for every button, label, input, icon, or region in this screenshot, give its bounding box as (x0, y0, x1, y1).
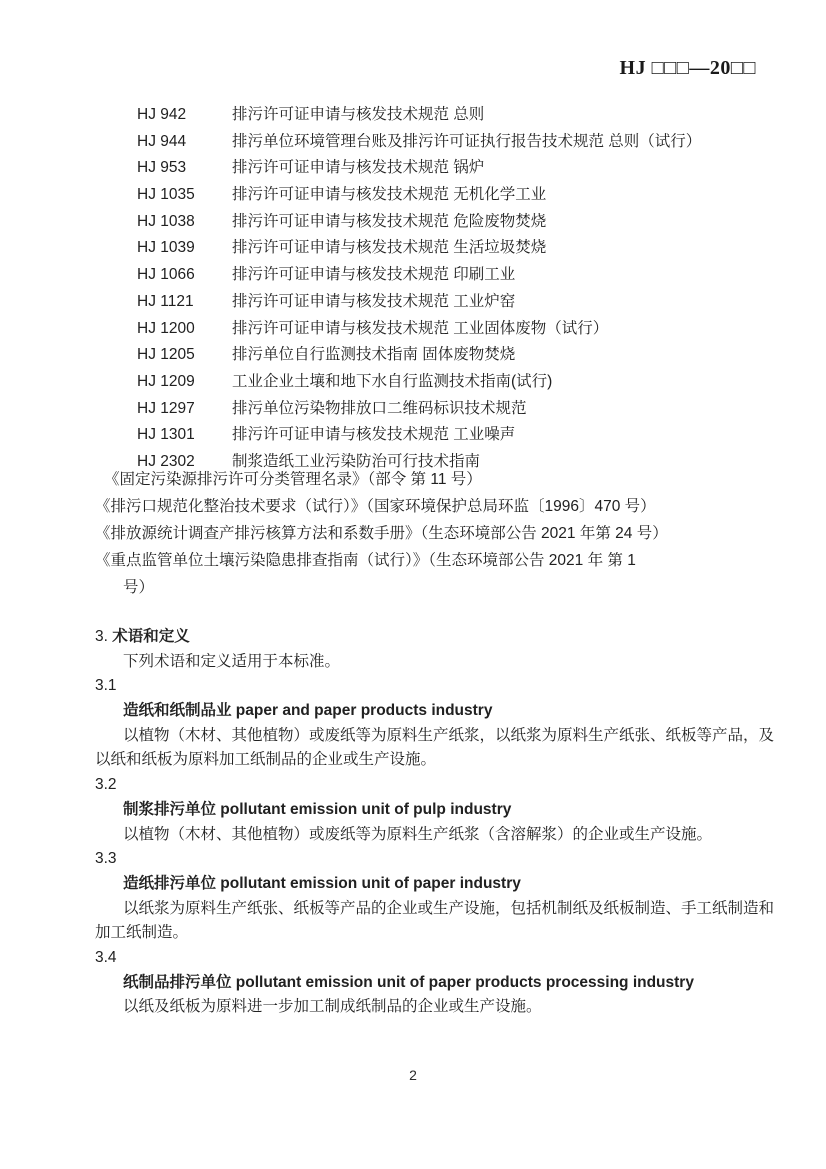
page-number: 2 (0, 1067, 826, 1083)
term-definition: 以植物（木材、其他植物）或废纸等为原料生产纸浆，以纸浆为原料生产纸张、纸板等产品… (95, 724, 760, 773)
standard-code: HJ 1035 (137, 182, 232, 209)
standard-title: 排污许可证申请与核发技术规范 总则 (232, 102, 757, 129)
doc-code: HJ □□□—20□□ (620, 57, 756, 80)
standard-code: HJ 1209 (137, 369, 232, 396)
standard-row: HJ 1039 排污许可证申请与核发技术规范 生活垃圾焚烧 (137, 235, 757, 262)
term-title: 造纸和纸制品业 paper and paper products industr… (95, 699, 760, 724)
references-list: 《固定污染源排污许可分类管理名录》（部令 第 11 号） 《排污口规范化整治技术… (95, 466, 760, 601)
standard-title: 排污许可证申请与核发技术规范 危险废物焚烧 (232, 209, 757, 236)
standard-title: 排污单位自行监测技术指南 固体废物焚烧 (232, 342, 757, 369)
standard-code: HJ 1200 (137, 316, 232, 343)
definition-line: 加工纸制造。 (95, 921, 760, 946)
term-number: 3.4 (95, 946, 760, 971)
standard-code: HJ 944 (137, 129, 232, 156)
standard-title: 排污许可证申请与核发技术规范 锅炉 (232, 155, 757, 182)
standard-row: HJ 1066 排污许可证申请与核发技术规范 印刷工业 (137, 262, 757, 289)
standard-row: HJ 1200 排污许可证申请与核发技术规范 工业固体废物（试行） (137, 316, 757, 343)
term-block: 3.4 纸制品排污单位 pollutant emission unit of p… (95, 946, 760, 1020)
standard-row: HJ 942 排污许可证申请与核发技术规范 总则 (137, 102, 757, 129)
term-title: 制浆排污单位 pollutant emission unit of pulp i… (95, 798, 760, 823)
standard-row: HJ 1121 排污许可证申请与核发技术规范 工业炉窑 (137, 289, 757, 316)
document-page: HJ □□□—20□□ HJ 942 排污许可证申请与核发技术规范 总则 HJ … (0, 0, 826, 1169)
reference-line: 《排放源统计调查产排污核算方法和系数手册》（生态环境部公告 2021 年第 24… (95, 520, 760, 547)
term-definition: 以纸浆为原料生产纸张、纸板等产品的企业或生产设施，包括机制纸及纸板制造、手工纸制… (95, 897, 760, 946)
section-number: 3. (95, 628, 108, 645)
standard-title: 排污单位污染物排放口二维码标识技术规范 (232, 396, 757, 423)
definition-line: 以纸及纸板为原料进一步加工制成纸制品的企业或生产设施。 (95, 995, 760, 1020)
standard-row: HJ 1209 工业企业土壤和地下水自行监测技术指南(试行) (137, 369, 757, 396)
definition-line: 以纸浆为原料生产纸张、纸板等产品的企业或生产设施，包括机制纸及纸板制造、手工纸制… (95, 897, 760, 922)
definition-line: 以植物（木材、其他植物）或废纸等为原料生产纸浆（含溶解浆）的企业或生产设施。 (95, 823, 760, 848)
standard-row: HJ 1297 排污单位污染物排放口二维码标识技术规范 (137, 396, 757, 423)
standard-title: 工业企业土壤和地下水自行监测技术指南(试行) (232, 369, 757, 396)
term-block: 3.1 造纸和纸制品业 paper and paper products ind… (95, 674, 760, 773)
standard-code: HJ 1301 (137, 422, 232, 449)
term-block: 3.3 造纸排污单位 pollutant emission unit of pa… (95, 847, 760, 946)
term-definition: 以纸及纸板为原料进一步加工制成纸制品的企业或生产设施。 (95, 995, 760, 1020)
term-number: 3.3 (95, 847, 760, 872)
reference-line: 号） (95, 574, 760, 601)
standard-row: HJ 1205 排污单位自行监测技术指南 固体废物焚烧 (137, 342, 757, 369)
standard-title: 排污许可证申请与核发技术规范 印刷工业 (232, 262, 757, 289)
standard-title: 排污许可证申请与核发技术规范 生活垃圾焚烧 (232, 235, 757, 262)
term-number: 3.1 (95, 674, 760, 699)
standard-title: 排污许可证申请与核发技术规范 工业固体废物（试行） (232, 316, 757, 343)
term-block: 3.2 制浆排污单位 pollutant emission unit of pu… (95, 773, 760, 847)
term-title: 造纸排污单位 pollutant emission unit of paper … (95, 872, 760, 897)
term-definition: 以植物（木材、其他植物）或废纸等为原料生产纸浆（含溶解浆）的企业或生产设施。 (95, 823, 760, 848)
standard-title: 排污许可证申请与核发技术规范 工业炉窑 (232, 289, 757, 316)
reference-line: 《固定污染源排污许可分类管理名录》（部令 第 11 号） (95, 466, 760, 493)
standard-title: 排污单位环境管理台账及排污许可证执行报告技术规范 总则（试行） (232, 129, 757, 156)
section-title: 术语和定义 (112, 628, 190, 645)
section-heading: 3. 术语和定义 (95, 625, 760, 650)
standard-title: 排污许可证申请与核发技术规范 工业噪声 (232, 422, 757, 449)
standard-row: HJ 1035 排污许可证申请与核发技术规范 无机化学工业 (137, 182, 757, 209)
standard-code: HJ 1297 (137, 396, 232, 423)
definition-line: 以植物（木材、其他植物）或废纸等为原料生产纸浆，以纸浆为原料生产纸张、纸板等产品… (95, 724, 760, 749)
terms-list: 3.1 造纸和纸制品业 paper and paper products ind… (95, 674, 760, 1020)
standards-list: HJ 942 排污许可证申请与核发技术规范 总则 HJ 944 排污单位环境管理… (137, 102, 757, 476)
standard-code: HJ 1039 (137, 235, 232, 262)
standard-row: HJ 944 排污单位环境管理台账及排污许可证执行报告技术规范 总则（试行） (137, 129, 757, 156)
definition-line: 以纸和纸板为原料加工纸制品的企业或生产设施。 (95, 748, 760, 773)
standard-code: HJ 1038 (137, 209, 232, 236)
standard-row: HJ 953 排污许可证申请与核发技术规范 锅炉 (137, 155, 757, 182)
standard-code: HJ 1205 (137, 342, 232, 369)
standard-code: HJ 953 (137, 155, 232, 182)
term-title: 纸制品排污单位 pollutant emission unit of paper… (95, 971, 760, 996)
standard-row: HJ 1301 排污许可证申请与核发技术规范 工业噪声 (137, 422, 757, 449)
reference-line: 《排污口规范化整治技术要求（试行）》（国家环境保护总局环监〔1996〕470 号… (95, 493, 760, 520)
terms-section: 3. 术语和定义 下列术语和定义适用于本标准。 3.1 造纸和纸制品业 pape… (95, 625, 760, 1020)
reference-line: 《重点监管单位土壤污染隐患排查指南（试行）》（生态环境部公告 2021 年 第 … (95, 547, 760, 574)
standard-code: HJ 1121 (137, 289, 232, 316)
term-number: 3.2 (95, 773, 760, 798)
standard-title: 排污许可证申请与核发技术规范 无机化学工业 (232, 182, 757, 209)
section-intro: 下列术语和定义适用于本标准。 (95, 650, 760, 675)
standard-code: HJ 1066 (137, 262, 232, 289)
standard-code: HJ 942 (137, 102, 232, 129)
standard-row: HJ 1038 排污许可证申请与核发技术规范 危险废物焚烧 (137, 209, 757, 236)
